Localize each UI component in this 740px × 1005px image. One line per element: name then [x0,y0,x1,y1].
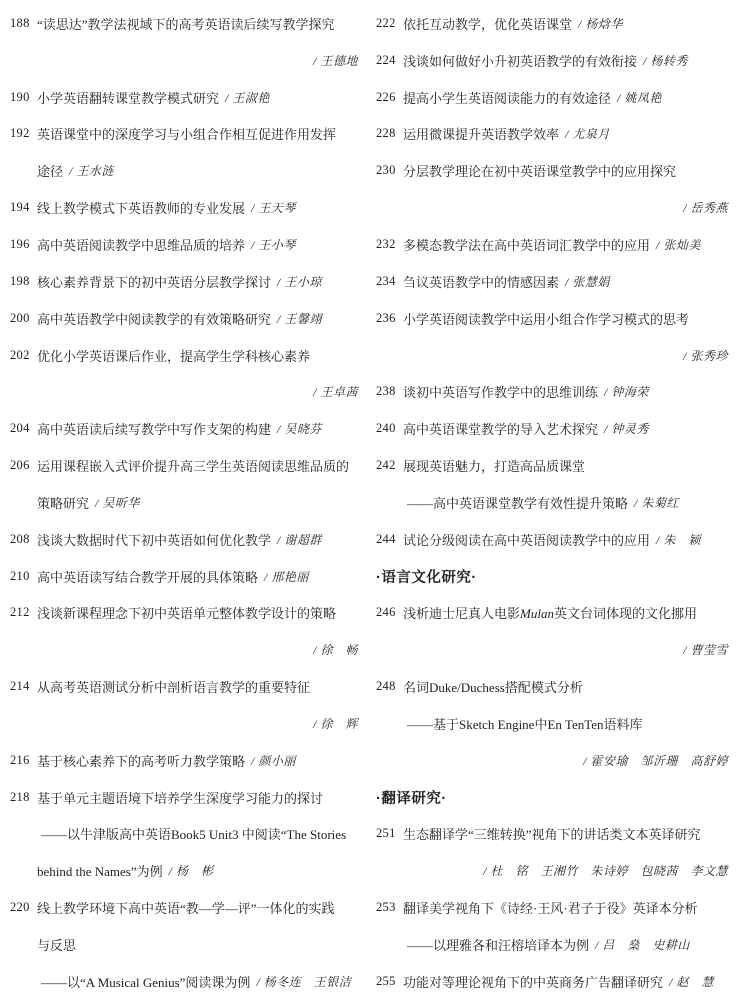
entry-author: / 王天琴 [251,199,296,216]
entry-author-line: / 岳秀燕 [376,189,732,226]
entry-line: 232多模态教学法在高中英语词汇教学中的应用/ 张灿美 [376,226,732,263]
entry-title: 高中英语读写结合教学开展的具体策略 [37,567,258,586]
entry-author: / 王水涟 [69,162,114,179]
section-header-label: ·翻译研究· [376,787,447,808]
entry-title: 线上教学模式下英语教师的专业发展 [37,198,245,217]
page-number: 204 [10,421,37,436]
entry-author-line: / 徐 辉 [10,705,362,742]
page-number: 228 [376,126,403,141]
entry-title: 名词Duke/Duchess搭配模式分析 [403,677,583,696]
entry-author-line: / 杜 铭 王湘竹 朱诗婷 包晓茜 李文慧 [376,852,732,889]
entry-title: 线上教学环境下高中英语“教—学—评”一体化的实践 [37,898,335,917]
page-number: 253 [376,900,403,915]
entry-line: ——以牛津版高中英语Book5 Unit3 中阅读“The Stories [10,816,362,853]
entry-title: 浅谈新课程理念下初中英语单元整体教学设计的策略 [37,603,336,622]
entry-line: behind the Names”为例/ 杨 彬 [10,852,362,889]
entry-line: ——基于Sketch Engine中En TenTen语料库 [376,705,732,742]
entry-line: 210高中英语读写结合教学开展的具体策略/ 邢艳丽 [10,558,362,595]
entry-author: / 赵 慧 [669,973,714,990]
page-number: 210 [10,569,37,584]
entry-author: / 朱菊红 [634,494,679,511]
entry-line: 途径/ 王水涟 [10,152,362,189]
entry-line: 248名词Duke/Duchess搭配模式分析 [376,668,732,705]
page-number: 212 [10,605,37,620]
entry-line: 246浅析迪士尼真人电影Mulan英文台词体现的文化挪用 [376,595,732,632]
entry-title: 从高考英语测试分析中剖析语言教学的重要特征 [37,677,310,696]
entry-line: 251生态翻译学“三维转换”视角下的讲话类文本英译研究 [376,816,732,853]
entry-title: 谈初中英语写作教学中的思维训练 [403,382,598,401]
entry-author: / 徐 辉 [313,715,358,732]
entry-title: 浅谈如何做好小升初英语教学的有效衔接 [403,51,637,70]
entry-line: 218基于单元主题语境下培养学生深度学习能力的探讨 [10,779,362,816]
entry-author: / 王卓茜 [313,383,358,400]
entry-author: / 王德地 [313,52,358,69]
page-number: 226 [376,90,403,105]
entry-author: / 吴昕华 [95,494,140,511]
entry-title: 多模态教学法在高中英语词汇教学中的应用 [403,235,650,254]
page-number: 214 [10,679,37,694]
page-number: 206 [10,458,37,473]
entry-line: 202优化小学英语课后作业，提高学生学科核心素养 [10,337,362,374]
entry-author: / 曹莹雪 [683,641,728,658]
entry-author-line: / 曹莹雪 [376,631,732,668]
entry-author: / 杨转秀 [643,52,688,69]
entry-title: 运用微课提升英语教学效率 [403,124,559,143]
entry-author: / 杨冬连 王银洁 [256,973,351,990]
page-number: 238 [376,384,403,399]
entry-line: 244试论分级阅读在高中英语阅读教学中的应用/ 朱 颖 [376,521,732,558]
entry-author: / 王淑艳 [225,89,270,106]
entry-title: 高中英语阅读教学中思维品质的培养 [37,235,245,254]
entry-line: 240高中英语课堂教学的导入艺术探究/ 钟灵秀 [376,410,732,447]
section-header: ·语言文化研究· [376,558,732,595]
entry-subtitle: behind the Names”为例 [37,861,163,880]
entry-line: 222依托互动教学，优化英语课堂/ 杨焓华 [376,5,732,42]
entry-author: / 王馨翊 [277,310,322,327]
entry-author-line: / 徐 畅 [10,631,362,668]
page-number: 202 [10,348,37,363]
page-number: 234 [376,274,403,289]
page-number: 240 [376,421,403,436]
entry-title: 小学英语翻转课堂教学模式研究 [37,88,219,107]
entry-author: / 王小琼 [277,273,322,290]
title-run: Mulan [520,606,554,621]
page-number: 248 [376,679,403,694]
entry-line: 200高中英语教学中阅读教学的有效策略研究/ 王馨翊 [10,300,362,337]
entry-line: 196高中英语阅读教学中思维品质的培养/ 王小琴 [10,226,362,263]
entry-author: / 朱 颖 [656,531,701,548]
entry-title: 浅析迪士尼真人电影Mulan英文台词体现的文化挪用 [403,603,697,622]
entry-subtitle: 策略研究 [37,493,89,512]
entry-line: 224浅谈如何做好小升初英语教学的有效衔接/ 杨转秀 [376,42,732,79]
entry-line: 255功能对等理论视角下的中英商务广告翻译研究/ 赵 慧 [376,963,732,1000]
entry-line: 220线上教学环境下高中英语“教—学—评”一体化的实践 [10,889,362,926]
entry-author: / 霍安瑜 邹沂珊 高舒婷 [583,752,728,769]
entry-line: 236小学英语阅读教学中运用小组合作学习模式的思考 [376,300,732,337]
entry-subtitle: ——高中英语课堂教学有效性提升策略 [407,493,628,512]
entry-line: ——高中英语课堂教学有效性提升策略/ 朱菊红 [376,484,732,521]
entry-author: / 钟海荣 [604,383,649,400]
entry-title: 浅谈大数据时代下初中英语如何优化教学 [37,530,271,549]
entry-subtitle: 与反思 [37,935,76,954]
page-number: 244 [376,532,403,547]
page-number: 188 [10,16,37,31]
page-number: 224 [376,53,403,68]
entry-title: 核心素养背景下的初中英语分层教学探讨 [37,272,271,291]
page-number: 196 [10,237,37,252]
entry-author: / 张慧娟 [565,273,610,290]
entry-author: / 杨 彬 [169,862,214,879]
toc-page: 188“读思达”教学法视域下的高考英语读后续写教学探究/ 王德地190小学英语翻… [0,0,740,1005]
page-number: 190 [10,90,37,105]
entry-line: 208浅谈大数据时代下初中英语如何优化教学/ 谢超群 [10,521,362,558]
entry-title: 高中英语课堂教学的导入艺术探究 [403,419,598,438]
entry-subtitle: ——基于Sketch Engine中En TenTen语料库 [407,714,643,733]
page-number: 194 [10,200,37,215]
section-header: ·翻译研究· [376,779,732,816]
entry-author-line: / 王卓茜 [10,373,362,410]
page-number: 192 [10,126,37,141]
entry-author: / 姚凤艳 [617,89,662,106]
entry-subtitle: ——以牛津版高中英语Book5 Unit3 中阅读“The Stories [41,824,346,843]
page-number: 218 [10,790,37,805]
page-number: 242 [376,458,403,473]
entry-title: 基于单元主题语境下培养学生深度学习能力的探讨 [37,788,323,807]
page-number: 251 [376,826,403,841]
entry-line: 188“读思达”教学法视域下的高考英语读后续写教学探究 [10,5,362,42]
entry-subtitle: ——以“A Musical Genius”阅读课为例 [41,972,250,991]
entry-author: / 王小琴 [251,236,296,253]
page-number: 198 [10,274,37,289]
entry-title: 功能对等理论视角下的中英商务广告翻译研究 [403,972,663,991]
entry-subtitle: 途径 [37,161,63,180]
entry-line: 206运用课程嵌入式评价提升高三学生英语阅读思维品质的 [10,447,362,484]
entry-line: 194线上教学模式下英语教师的专业发展/ 王天琴 [10,189,362,226]
entry-author: / 钟灵秀 [604,420,649,437]
entry-author: / 颜小丽 [251,752,296,769]
entry-line: 与反思 [10,926,362,963]
page-number: 208 [10,532,37,547]
entry-line: 226提高小学生英语阅读能力的有效途径/ 姚凤艳 [376,79,732,116]
entry-author-line: / 王德地 [10,42,362,79]
entry-line: 190小学英语翻转课堂教学模式研究/ 王淑艳 [10,79,362,116]
entry-subtitle: ——以理雅各和汪榕培译本为例 [407,935,589,954]
entry-title: 翻译美学视角下《诗经·王风·君子于役》英译本分析 [403,898,698,917]
entry-line: 238谈初中英语写作教学中的思维训练/ 钟海荣 [376,373,732,410]
entry-title: “读思达”教学法视域下的高考英语读后续写教学探究 [37,14,335,33]
entry-title: 刍议英语教学中的情感因素 [403,272,559,291]
entry-author: / 吕 燊 史耕山 [595,936,690,953]
entry-author: / 邢艳丽 [264,568,309,585]
entry-line: 204高中英语读后续写教学中写作支架的构建/ 吴晓芬 [10,410,362,447]
page-number: 230 [376,163,403,178]
entry-title: 运用课程嵌入式评价提升高三学生英语阅读思维品质的 [37,456,349,475]
entry-line: ——以“A Musical Genius”阅读课为例/ 杨冬连 王银洁 [10,963,362,1000]
entry-author: / 尤泉月 [565,125,610,142]
entry-title: 提高小学生英语阅读能力的有效途径 [403,88,611,107]
title-run: 英文台词体现的文化挪用 [554,606,697,621]
entry-author: / 张灿美 [656,236,701,253]
page-number: 216 [10,753,37,768]
entry-line: 策略研究/ 吴昕华 [10,484,362,521]
page-number: 232 [376,237,403,252]
entry-line: 228运用微课提升英语教学效率/ 尤泉月 [376,116,732,153]
page-number: 236 [376,311,403,326]
entry-author-line: / 张秀珍 [376,337,732,374]
entry-author: / 谢超群 [277,531,322,548]
entry-line: 242展现英语魅力，打造高品质课堂 [376,447,732,484]
entry-line: 234刍议英语教学中的情感因素/ 张慧娟 [376,263,732,300]
entry-title: 高中英语读后续写教学中写作支架的构建 [37,419,271,438]
entry-author: / 岳秀燕 [683,199,728,216]
entry-title: 生态翻译学“三维转换”视角下的讲话类文本英译研究 [403,824,701,843]
entry-line: 253翻译美学视角下《诗经·王风·君子于役》英译本分析 [376,889,732,926]
entry-author: / 杜 铭 王湘竹 朱诗婷 包晓茜 李文慧 [483,862,728,879]
page-number: 222 [376,16,403,31]
entry-title: 试论分级阅读在高中英语阅读教学中的应用 [403,530,650,549]
entry-line: 214从高考英语测试分析中剖析语言教学的重要特征 [10,668,362,705]
entry-line: 198核心素养背景下的初中英语分层教学探讨/ 王小琼 [10,263,362,300]
entry-line: 216基于核心素养下的高考听力教学策略/ 颜小丽 [10,742,362,779]
title-run: 浅析迪士尼真人电影 [403,606,520,621]
section-header-label: ·语言文化研究· [376,566,477,587]
page-number: 255 [376,974,403,989]
entry-title: 依托互动教学，优化英语课堂 [403,14,572,33]
entry-author: / 徐 畅 [313,641,358,658]
entry-title: 高中英语教学中阅读教学的有效策略研究 [37,309,271,328]
entry-author: / 张秀珍 [683,347,728,364]
toc-column-left: 188“读思达”教学法视域下的高考英语读后续写教学探究/ 王德地190小学英语翻… [10,5,362,1005]
entry-author: / 杨焓华 [578,15,623,32]
entry-line: ——以理雅各和汪榕培译本为例/ 吕 燊 史耕山 [376,926,732,963]
entry-title: 英语课堂中的深度学习与小组合作相互促进作用发挥 [37,124,336,143]
entry-title: 分层教学理论在初中英语课堂教学中的应用探究 [403,161,676,180]
entry-line: 212浅谈新课程理念下初中英语单元整体教学设计的策略 [10,595,362,632]
entry-author: / 吴晓芬 [277,420,322,437]
entry-line: 230分层教学理论在初中英语课堂教学中的应用探究 [376,152,732,189]
page-number: 220 [10,900,37,915]
entry-author-line: / 霍安瑜 邹沂珊 高舒婷 [376,742,732,779]
entry-title: 展现英语魅力，打造高品质课堂 [403,456,585,475]
toc-column-right: 222依托互动教学，优化英语课堂/ 杨焓华224浅谈如何做好小升初英语教学的有效… [376,5,732,1005]
entry-title: 小学英语阅读教学中运用小组合作学习模式的思考 [403,309,689,328]
entry-line: 192英语课堂中的深度学习与小组合作相互促进作用发挥 [10,116,362,153]
entry-title: 优化小学英语课后作业，提高学生学科核心素养 [37,346,310,365]
page-number: 246 [376,605,403,620]
page-number: 200 [10,311,37,326]
entry-title: 基于核心素养下的高考听力教学策略 [37,751,245,770]
